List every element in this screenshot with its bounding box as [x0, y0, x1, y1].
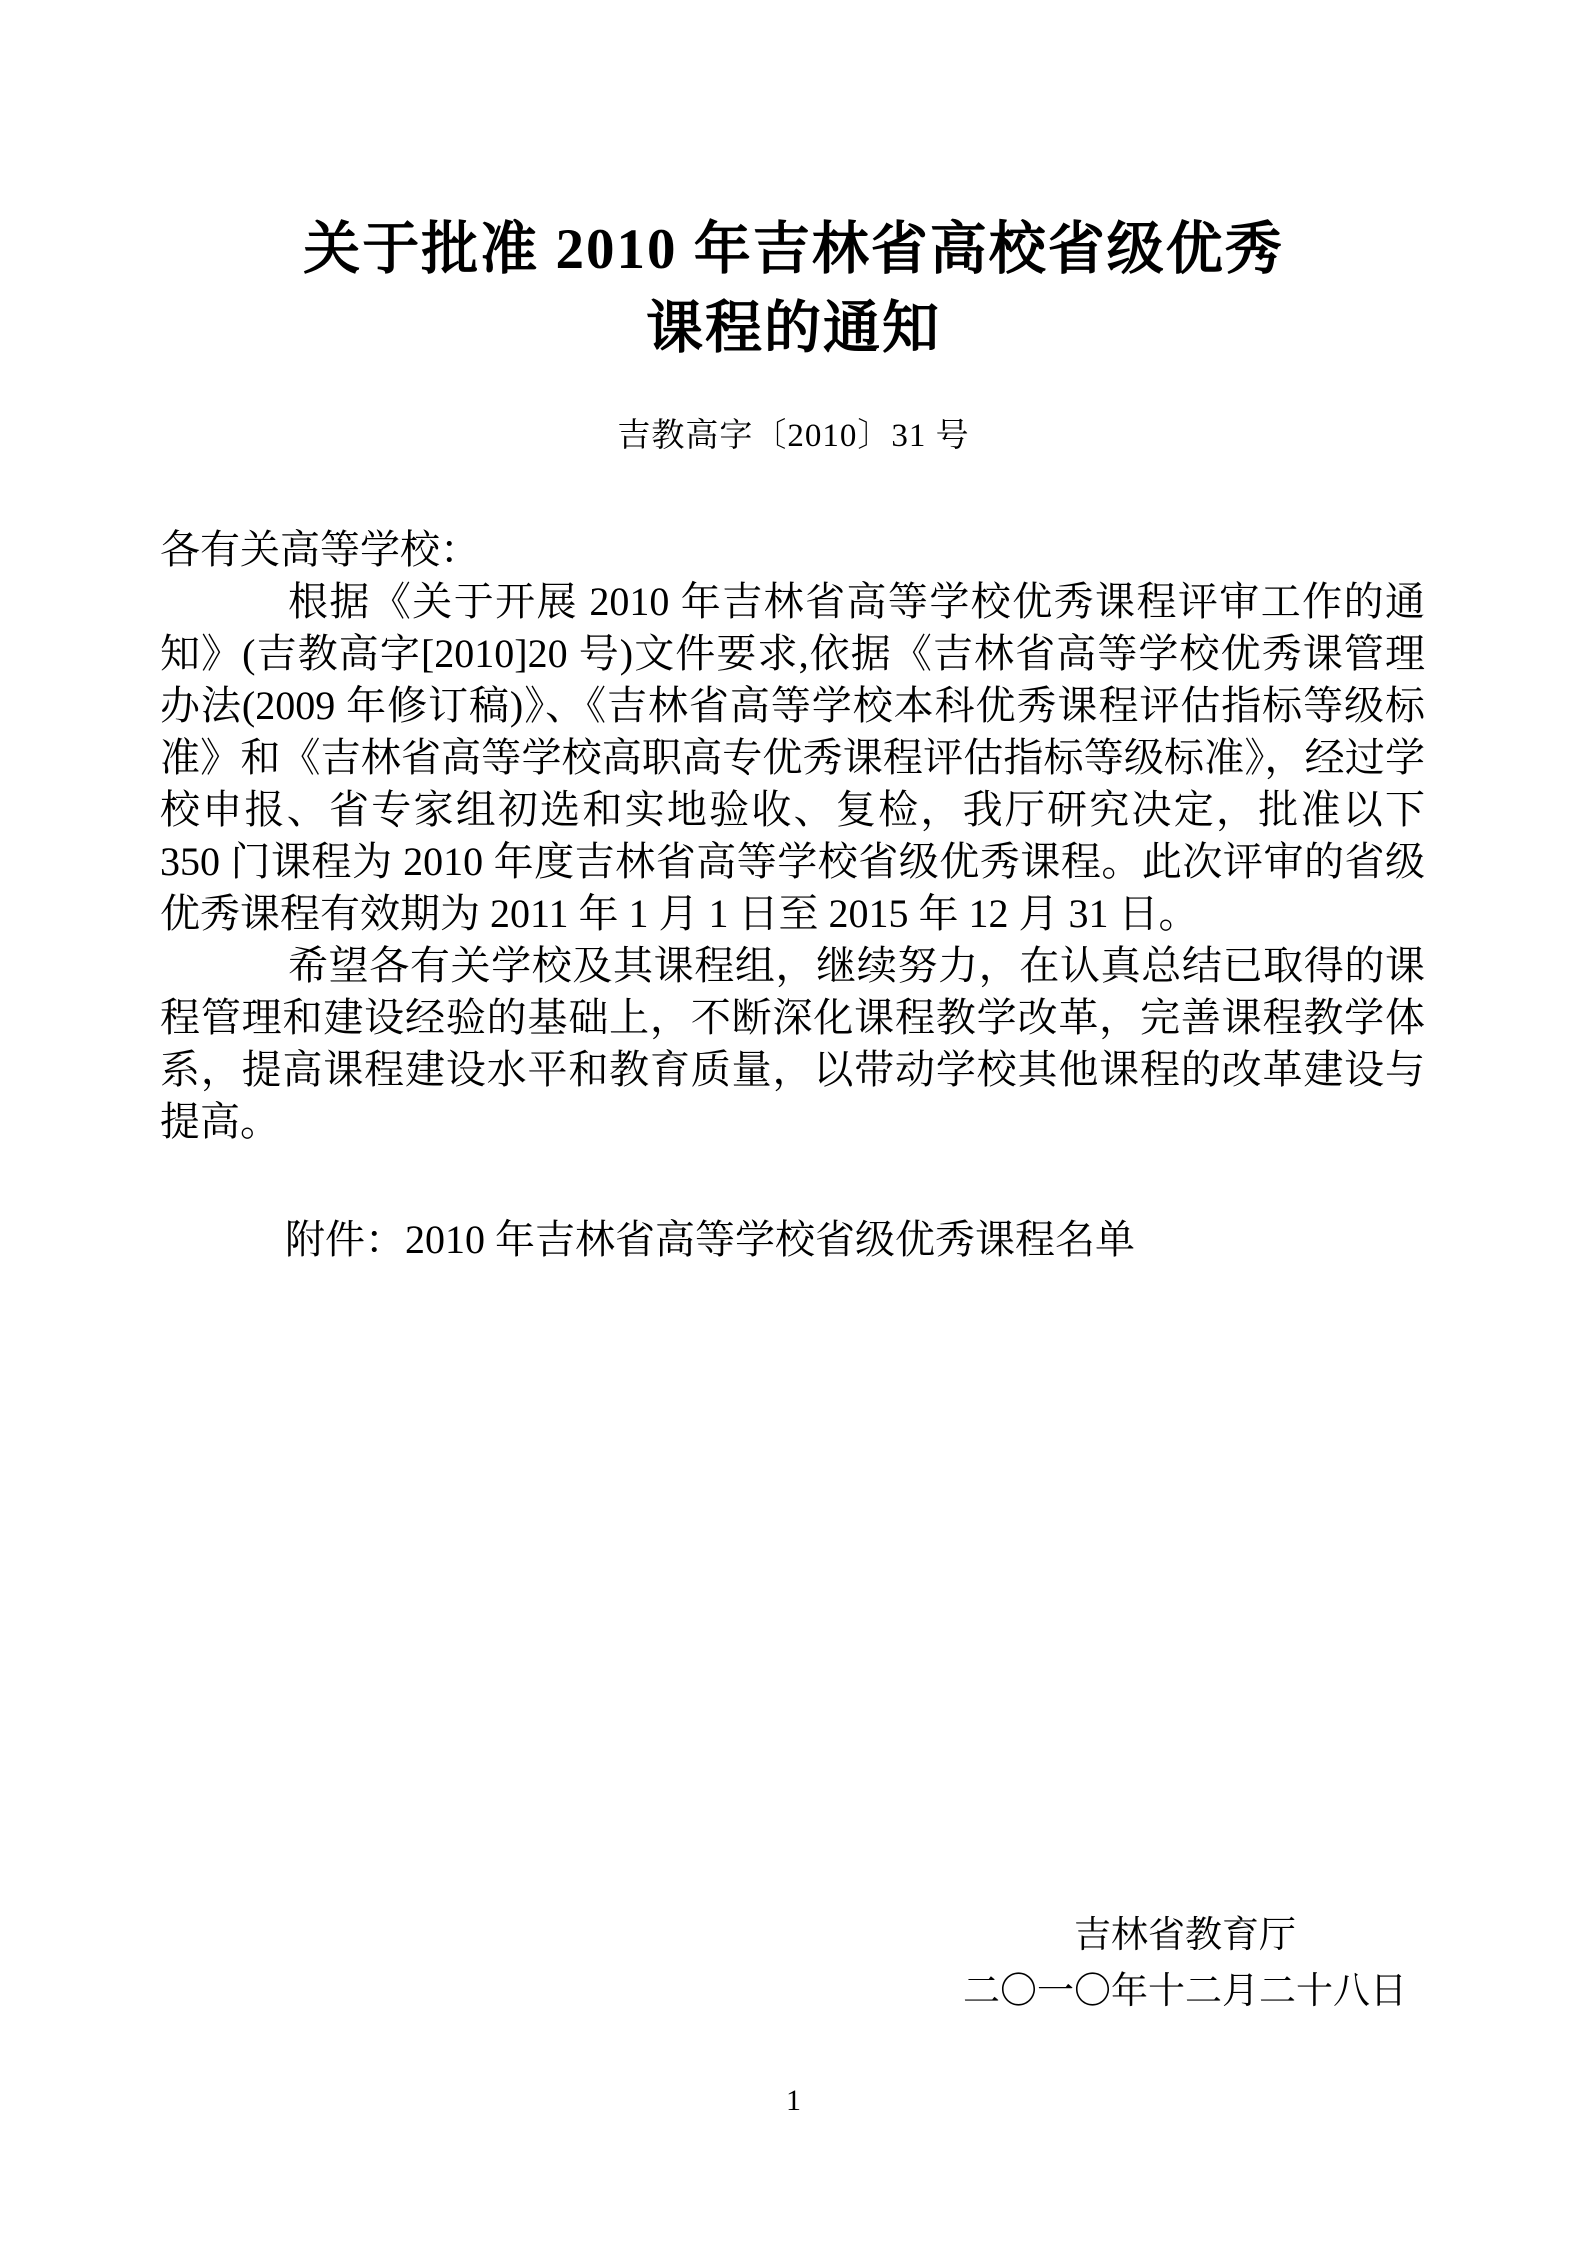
document-title: 关于批准 2010 年吉林省高校省级优秀 课程的通知	[0, 0, 1587, 368]
attachment-note: 附件：2010 年吉林省高等学校省级优秀课程名单	[160, 1214, 1425, 1266]
signer-name: 吉林省教育厅	[1074, 1908, 1296, 1964]
salutation: 各有关高等学校：	[160, 524, 1425, 576]
page-number: 1	[0, 2085, 1587, 2117]
document-number: 吉教高字〔2010〕31 号	[0, 414, 1587, 458]
body-paragraph-2: 希望各有关学校及其课程组，继续努力，在认真总结已取得的课程管理和建设经验的基础上…	[160, 940, 1425, 1148]
signature-block: 吉林省教育厅 二〇一〇年十二月二十八日	[963, 1908, 1407, 2020]
signature-date: 二〇一〇年十二月二十八日	[963, 1964, 1407, 2020]
document-page: 关于批准 2010 年吉林省高校省级优秀 课程的通知 吉教高字〔2010〕31 …	[0, 0, 1587, 2245]
document-title-line1: 关于批准 2010 年吉林省高校省级优秀	[0, 210, 1587, 289]
document-title-line2: 课程的通知	[0, 289, 1587, 368]
document-body: 各有关高等学校： 根据《关于开展 2010 年吉林省高等学校优秀课程评审工作的通…	[160, 524, 1425, 1266]
body-paragraph-1: 根据《关于开展 2010 年吉林省高等学校优秀课程评审工作的通知》(吉教高字[2…	[160, 576, 1425, 940]
